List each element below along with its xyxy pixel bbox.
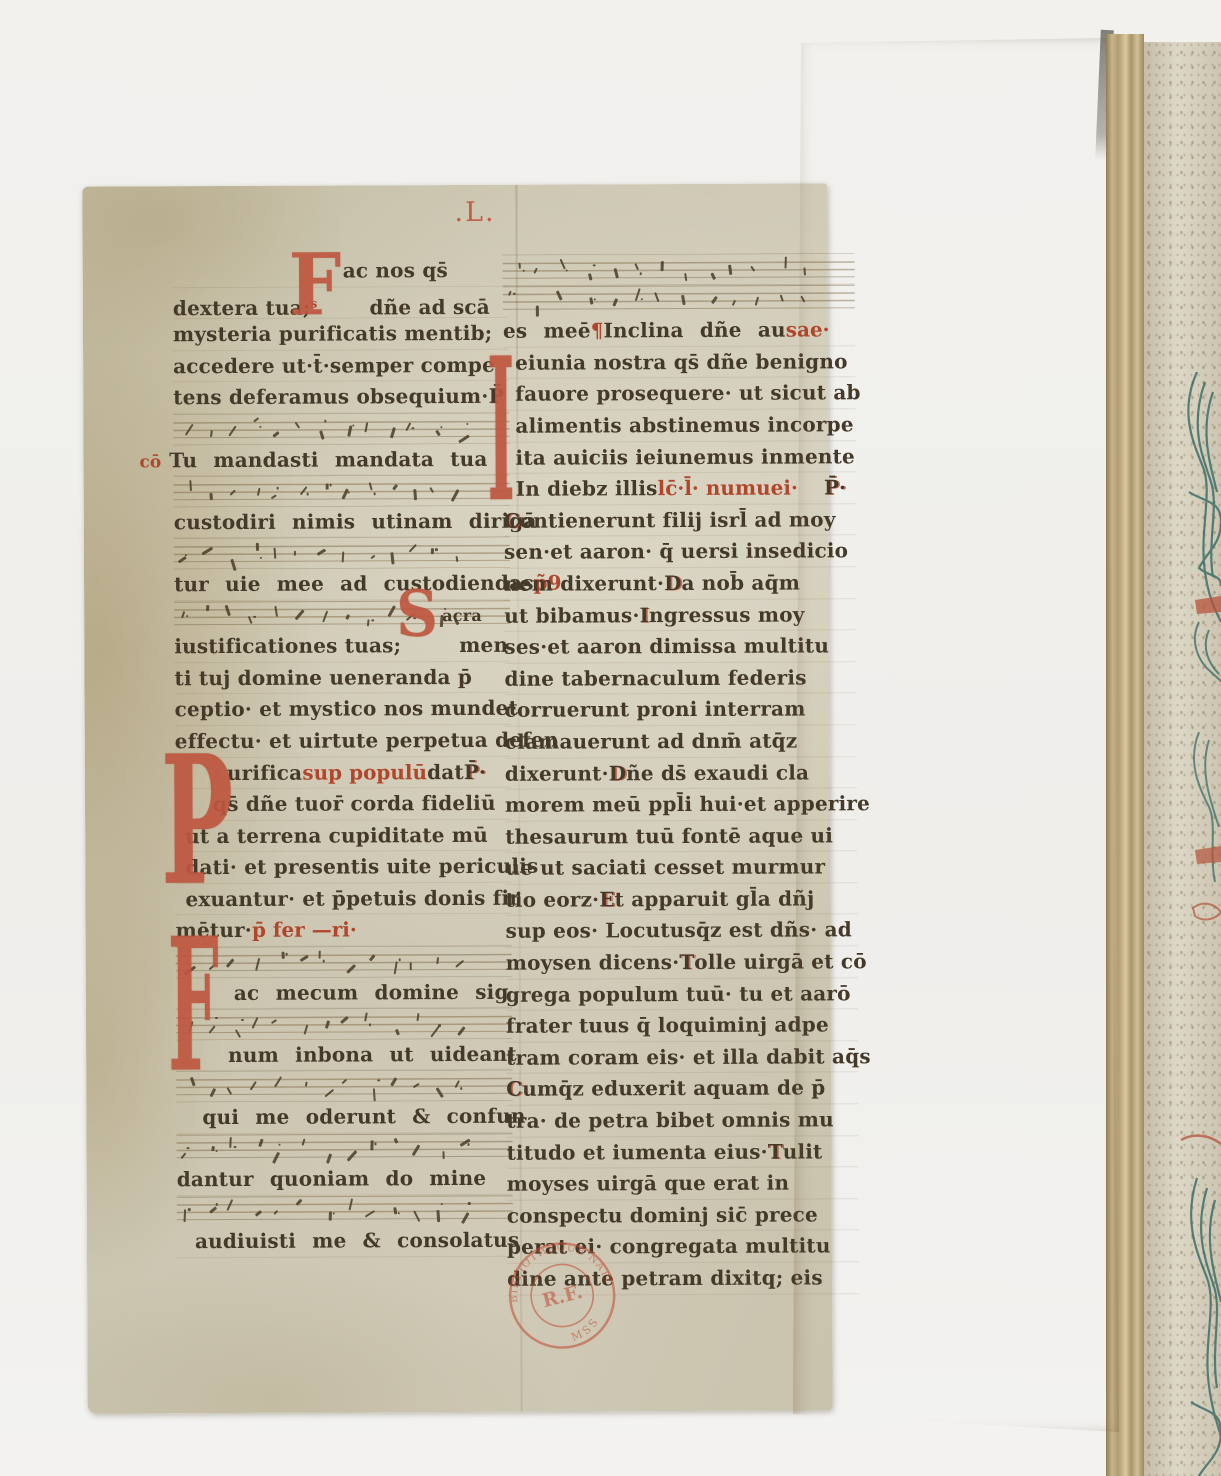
neume-mark — [273, 1210, 278, 1215]
neume-mark — [454, 1080, 459, 1088]
rubric-text: ¶ — [591, 316, 604, 347]
neume-dot — [639, 273, 641, 275]
body-text: corruerunt proni interram — [505, 694, 806, 726]
neume-dot — [468, 1202, 470, 1204]
music-staff — [176, 1008, 512, 1040]
neume-mark — [508, 290, 512, 296]
neume-mark — [304, 1025, 309, 1035]
manuscript-text-line: tur uie mee ad custodiendas p̃9 — [174, 568, 510, 601]
neume-mark — [184, 1209, 187, 1222]
body-text: nem dixerunt· — [504, 568, 664, 600]
neume-mark — [178, 555, 187, 562]
neume-dot — [398, 1212, 400, 1214]
manuscript-text-line: custodiri nimis utinam dirigā — [174, 506, 510, 539]
neume-mark — [393, 1207, 397, 1215]
manuscript-text-line: cōTu mandasti mandata tua — [173, 443, 509, 476]
body-text: E — [599, 884, 614, 915]
neume-mark — [367, 619, 370, 626]
decorated-initial-S: S — [396, 585, 438, 643]
neume-mark — [364, 1210, 375, 1218]
neume-mark — [390, 552, 394, 564]
neume-mark — [455, 555, 458, 561]
neume-dot — [333, 1213, 335, 1215]
neume-mark — [181, 1153, 187, 1159]
neume-mark — [406, 422, 412, 431]
rubric-text: p̄ fer —ri· — [252, 915, 357, 946]
neume-mark — [294, 551, 296, 556]
neume-mark — [414, 1211, 421, 1223]
body-text: tens deferamus obsequium· — [173, 381, 488, 413]
neume-mark — [258, 1139, 263, 1147]
neume-mark — [370, 1141, 373, 1151]
neume-mark — [750, 266, 755, 272]
body-text: T — [679, 947, 694, 978]
body-text: P̄· — [464, 756, 486, 787]
neume-mark — [368, 954, 375, 961]
body-text: qui me oderunt & confun — [202, 1101, 525, 1133]
text-column-left: ac nos qs̄dextera tua;sdñe ad scāmysteri… — [173, 255, 513, 1258]
body-text: ñe ds̄ exaudi cla — [626, 757, 809, 789]
neume-mark — [210, 430, 213, 437]
body-text: exuantur· et p̄petuis donis fir — [185, 883, 520, 915]
neume-dot — [188, 1208, 190, 1210]
neume-mark — [588, 273, 592, 280]
body-text: a nob̄ aq̄m — [681, 567, 800, 599]
neume-dot — [593, 264, 595, 266]
neume-mark — [305, 1082, 308, 1087]
body-text: conspectu dominj sic̄ prece — [507, 1199, 818, 1231]
teal-penwork-flourish — [1159, 372, 1221, 702]
neume-mark — [201, 547, 213, 556]
parchment-leaf: .L. ac nos qs̄dextera tua;sdñe ad scāmys… — [82, 183, 832, 1413]
neume-mark — [271, 1020, 277, 1025]
music-staff — [177, 1195, 513, 1227]
neume-mark — [349, 1198, 354, 1210]
neume-mark — [373, 1088, 376, 1101]
paper-insert — [793, 36, 1119, 1434]
neume-mark — [301, 1138, 305, 1145]
facing-page-edge — [1141, 42, 1221, 1476]
stamp-center-text: R.F. — [540, 1281, 585, 1312]
body-text: audiuisti me & consolatus — [195, 1225, 520, 1257]
neume-mark — [780, 294, 785, 302]
neume-mark — [251, 1017, 258, 1029]
decorated-initial-F: F — [289, 248, 342, 325]
body-text: accedere ut·t̄·semper compe — [173, 350, 495, 382]
body-text: dati· et presentis uite periculis — [185, 851, 538, 884]
neume-mark — [436, 1210, 439, 1223]
body-text: moysen dicens· — [506, 947, 680, 979]
neume-mark — [341, 551, 344, 562]
neume-mark — [755, 297, 760, 307]
neume-dot — [594, 298, 596, 300]
neume-mark — [256, 958, 261, 971]
neume-mark — [681, 295, 685, 305]
neume-mark — [684, 273, 687, 281]
neume-mark — [340, 1016, 349, 1024]
neume-mark — [270, 494, 276, 499]
body-text: ontienerunt filij isrl̄ ad moy — [520, 504, 836, 536]
neume-mark — [211, 1146, 215, 1152]
neume-mark — [342, 488, 349, 499]
neume-mark — [559, 258, 566, 269]
neume-dot — [324, 420, 326, 422]
neume-mark — [431, 548, 434, 555]
neume-dot — [412, 427, 414, 429]
neume-mark — [429, 487, 433, 493]
body-text: umq̄z eduxerit aquam de p̄ — [522, 1073, 825, 1105]
neume-mark — [319, 431, 324, 441]
body-text: I — [640, 600, 649, 631]
neume-mark — [364, 1012, 367, 1021]
neume-mark — [534, 267, 538, 273]
neume-dot — [285, 953, 287, 955]
neume-dot — [641, 298, 643, 300]
body-text: es meē — [503, 316, 591, 347]
music-staff — [173, 413, 509, 445]
body-text: custodiri nimis utinam dirigā — [174, 505, 537, 538]
body-text: dantur quoniam do mine — [177, 1163, 487, 1195]
decorated-initial-P: P — [161, 742, 234, 902]
neume-dot — [440, 426, 442, 428]
neume-mark — [457, 1026, 465, 1035]
neume-mark — [518, 262, 521, 268]
music-staff: acra — [174, 599, 510, 631]
neume-mark — [226, 958, 235, 967]
neume-mark — [392, 484, 398, 491]
neume-mark — [413, 1083, 420, 1088]
neume-dot — [187, 1147, 189, 1149]
manuscript-text-line: ti tuj domine ueneranda p̄ — [174, 661, 510, 694]
neume-mark — [235, 1029, 242, 1038]
body-text: urifica — [227, 757, 303, 788]
neume-mark — [613, 269, 618, 279]
music-staff — [176, 1070, 512, 1102]
neume-dot — [565, 269, 567, 271]
neume-dot — [368, 1024, 370, 1026]
neume-dot — [352, 424, 354, 426]
neume-dot — [324, 549, 326, 551]
neume-mark — [250, 1081, 257, 1090]
neume-mark — [612, 298, 617, 306]
manuscript-text-line: dantur quoniam do mine — [177, 1163, 513, 1196]
manuscript-text-line: audiuisti me & consolatus — [177, 1225, 513, 1258]
body-text: tur uie mee ad custodiendas — [174, 568, 534, 601]
body-text: eiunia nostra qs̄ dñe benigno — [515, 346, 848, 378]
stamp-ring-bottom-text: MSS — [566, 1312, 606, 1345]
neume-dot — [185, 554, 187, 556]
body-text: ses·et aaron dimissa multitu — [504, 631, 829, 663]
neume-mark — [347, 425, 352, 436]
neume-dot — [307, 493, 309, 495]
neume-mark — [272, 431, 279, 438]
body-text: C — [506, 1074, 522, 1105]
manuscript-text-line: tens deferamus obsequium·P̄ — [173, 381, 509, 414]
neume-mark — [710, 296, 717, 304]
body-text: Inclina dñe au — [603, 315, 785, 347]
neume-mark — [369, 482, 373, 490]
body-text: moyses uirgā que erat in — [507, 1168, 790, 1200]
neume-dot — [466, 423, 468, 425]
neume-mark — [395, 1029, 400, 1036]
neume-mark — [254, 1210, 262, 1217]
neume-mark — [654, 292, 659, 302]
neume-mark — [274, 548, 277, 559]
body-text: titudo et iumenta eius· — [506, 1136, 767, 1168]
decorated-initial-I: I — [487, 343, 515, 521]
body-text: ac mecum domine sig — [234, 976, 509, 1008]
body-text: T — [768, 1136, 783, 1167]
body-text: tio eorz· — [505, 884, 599, 915]
neume-mark — [300, 955, 309, 962]
decorated-initial-F: F — [168, 924, 220, 1089]
neume-mark — [728, 265, 732, 275]
neume-dot — [277, 487, 279, 489]
neume-dot — [215, 1150, 217, 1152]
body-text: iustificationes tuas; — [174, 630, 401, 662]
neume-mark — [326, 1154, 332, 1164]
neume-mark — [412, 1144, 420, 1156]
neume-mark — [226, 1087, 232, 1095]
rubric-text: lc̄·l̄· numuei· — [658, 473, 798, 505]
neume-mark — [325, 484, 328, 490]
neume-dot — [253, 616, 255, 618]
neume-mark — [458, 434, 470, 443]
neume-dot — [348, 491, 350, 493]
neume-mark — [272, 1152, 280, 1164]
neume-mark — [274, 1076, 281, 1087]
body-text: ut bibamus· — [504, 600, 640, 632]
body-text: Tu mandasti mandata tua — [169, 443, 487, 475]
neume-dot — [323, 960, 325, 962]
body-text: thesaurum tuū fontē aque ui — [505, 820, 833, 852]
neume-dot — [398, 959, 400, 961]
neume-dot — [374, 493, 376, 495]
neume-dot — [260, 557, 262, 559]
music-staff — [174, 537, 510, 569]
neume-mark — [370, 554, 375, 558]
neume-mark — [189, 480, 192, 491]
penwork-flourish-lower — [1161, 1082, 1221, 1476]
body-text: ngressus moy — [649, 599, 805, 631]
neume-mark — [710, 272, 715, 279]
neume-mark — [209, 1206, 217, 1213]
neume-dot — [440, 1203, 442, 1205]
svg-text:MSS: MSS — [566, 1312, 606, 1345]
neume-mark — [661, 261, 664, 271]
text-spacer — [177, 1248, 195, 1249]
neume-dot — [513, 292, 515, 294]
neume-mark — [281, 952, 284, 960]
neume-dot — [523, 269, 525, 271]
neume-dot — [435, 549, 437, 551]
neume-mark — [181, 611, 185, 618]
neume-mark — [294, 422, 300, 429]
body-text: qs̄ dñe tuor̄ corda fideliū — [213, 788, 496, 820]
neume-mark — [634, 263, 638, 270]
neume-mark — [325, 1020, 331, 1029]
body-text: In diebz illis — [516, 473, 658, 505]
neume-mark — [785, 257, 787, 269]
neume-mark — [318, 951, 320, 959]
body-text: sen·et aaron· q̄ uersi insedicio — [504, 536, 848, 569]
neume-mark — [347, 964, 357, 974]
neume-dot — [329, 484, 331, 486]
folio-number: .L. — [454, 197, 495, 228]
body-text: ti tuj domine ueneranda p̄ — [174, 662, 472, 694]
neume-dot — [216, 1203, 218, 1205]
body-text: frater tuus q̄ loquiminj adpe — [506, 1010, 829, 1042]
neume-dot — [241, 1019, 243, 1021]
neume-mark — [229, 425, 237, 436]
neume-mark — [451, 489, 460, 502]
music-staff — [176, 1132, 512, 1164]
neume-mark — [413, 489, 417, 500]
neume-dot — [460, 1087, 462, 1089]
neume-mark — [206, 605, 209, 611]
neume-mark — [341, 1079, 347, 1085]
body-text: dixerunt· — [505, 758, 609, 789]
neume-mark — [436, 957, 439, 964]
manuscript-text-line: accedere ut·t̄·semper compe — [173, 350, 509, 383]
neume-mark — [390, 1077, 397, 1086]
neume-dot — [234, 1146, 236, 1148]
body-text: D — [664, 568, 681, 599]
music-staff — [176, 946, 512, 978]
manuscript-text-line: iustificationes tuas;men — [174, 630, 510, 663]
neume-dot — [438, 1024, 440, 1026]
neume-dot — [467, 1143, 469, 1145]
neume-mark — [274, 605, 278, 616]
neume-mark — [294, 609, 304, 620]
teal-penwork-flourish — [1165, 732, 1221, 932]
rubric-text: sup populū — [302, 757, 427, 789]
neume-mark — [325, 1089, 335, 1097]
text-spacer — [176, 1123, 202, 1124]
body-text: acra — [442, 599, 482, 630]
manuscript-photo: .L. ac nos qs̄dextera tua;sdñe ad scāmys… — [0, 0, 1221, 1476]
neume-dot — [378, 1079, 380, 1081]
manuscript-text-line: qui me oderunt & confun — [176, 1101, 512, 1134]
neume-dot — [259, 426, 261, 428]
neume-mark — [185, 424, 193, 435]
body-text: men — [459, 630, 508, 661]
body-text: num inbona ut uideant — [228, 1039, 517, 1071]
neume-mark — [393, 961, 397, 974]
neume-dot — [372, 619, 374, 621]
neume-mark — [230, 1137, 232, 1148]
neume-mark — [556, 290, 563, 300]
neume-mark — [635, 288, 641, 301]
neume-mark — [253, 417, 259, 422]
neume-mark — [456, 960, 465, 968]
neume-mark — [435, 430, 440, 436]
neume-mark — [257, 488, 261, 497]
body-text: clamauerunt ad dnm̄ atq̄z — [505, 725, 798, 757]
manuscript-text-line: ac mecum domine sig — [176, 976, 512, 1009]
neume-mark — [431, 1026, 440, 1037]
body-text: D — [609, 758, 626, 789]
neume-mark — [409, 544, 417, 552]
neume-mark — [210, 493, 213, 500]
manuscript-text-line: num inbona ut uideant — [176, 1039, 512, 1072]
neume-mark — [229, 490, 235, 496]
body-text: tra· de petra bibet omnis mu — [506, 1104, 834, 1136]
neume-mark — [224, 605, 230, 616]
neume-mark — [390, 427, 396, 439]
body-text: ac nos qs̄ — [343, 255, 448, 286]
music-staff — [174, 475, 510, 507]
neume-mark — [387, 605, 396, 617]
neume-dot — [374, 1143, 376, 1145]
neume-mark — [347, 1150, 358, 1162]
body-text: dat — [427, 756, 464, 787]
rubric-text: cō — [139, 447, 161, 478]
body-text: dine tabernaculum federis — [504, 662, 806, 694]
neume-dot — [278, 1144, 280, 1146]
neume-mark — [329, 1211, 332, 1221]
neume-mark — [296, 1199, 302, 1206]
neume-mark — [461, 1212, 469, 1224]
neume-mark — [589, 297, 593, 305]
neume-dot — [186, 615, 188, 617]
neume-mark — [443, 1151, 445, 1159]
body-text: t apparuit gl̄a dñj — [615, 883, 815, 915]
neume-mark — [365, 422, 369, 432]
text-spacer — [401, 651, 459, 652]
neume-mark — [435, 1087, 444, 1098]
neume-mark — [416, 1013, 419, 1022]
neume-mark — [731, 300, 735, 306]
body-text: ue ut saciati cesset murmur — [505, 852, 825, 884]
neume-mark — [409, 962, 411, 970]
neume-mark — [394, 1137, 399, 1143]
neume-mark — [226, 1199, 233, 1211]
neume-mark — [256, 543, 259, 551]
